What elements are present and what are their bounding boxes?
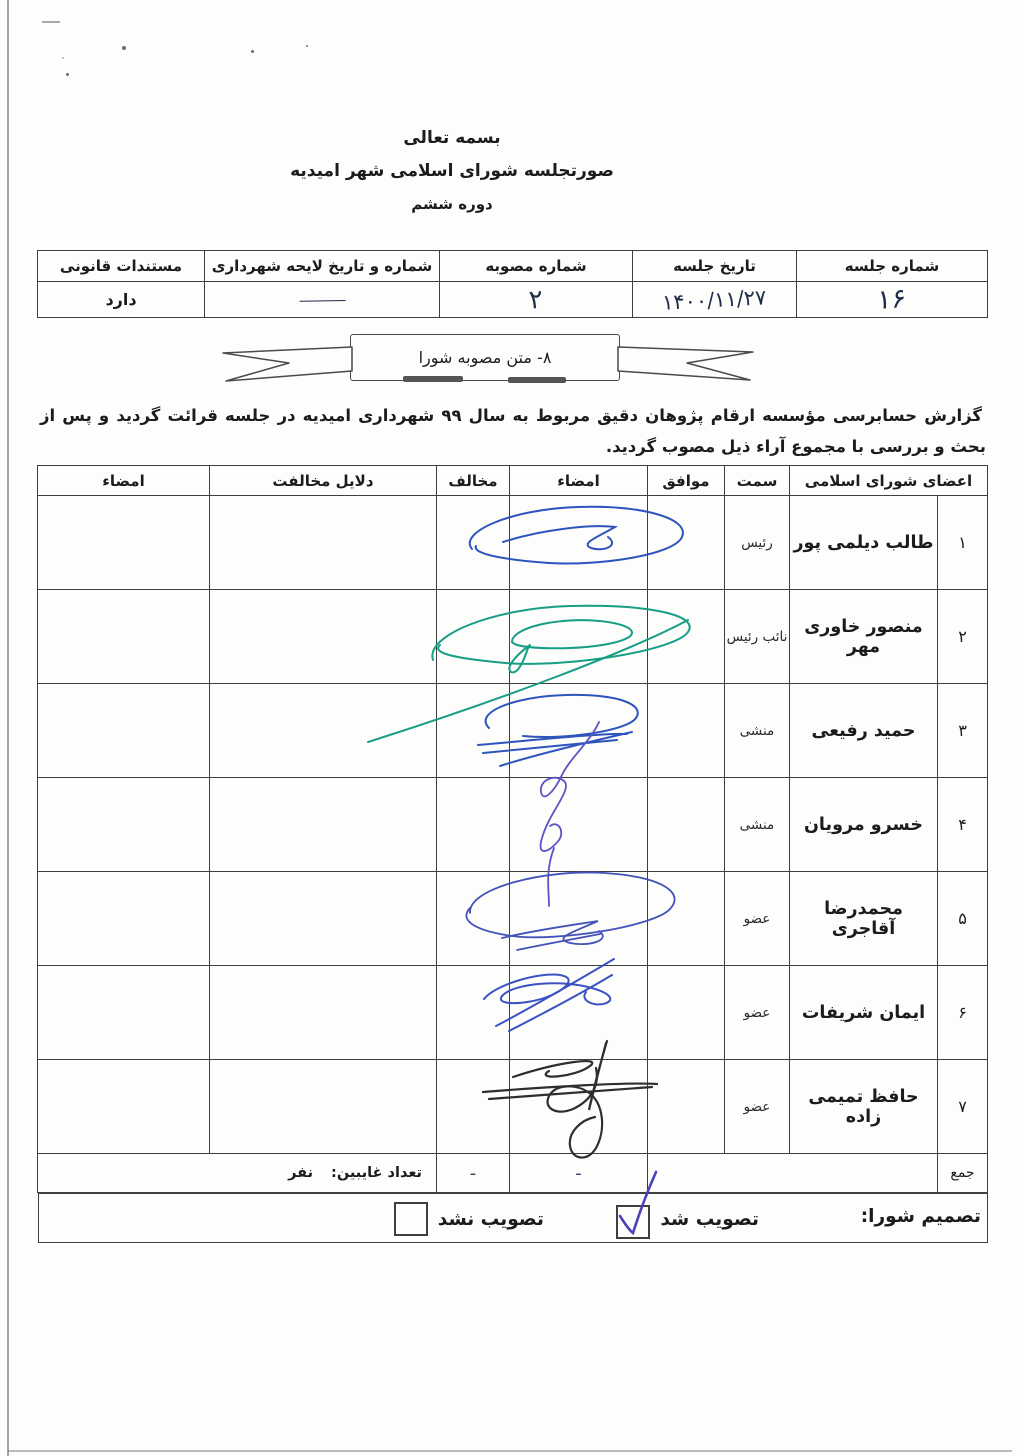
oppose-cell [436, 590, 509, 684]
vote-table-header-row: اعضای شورای اسلامی سمت موافق امضاء مخالف… [37, 466, 987, 496]
row-number: ۴ [938, 778, 988, 872]
signature-cell [509, 684, 647, 778]
oppose-reasons-column-header: دلایل مخالفت [209, 466, 436, 496]
total-oppose-cell: - [436, 1154, 509, 1193]
member-name: محمدرضا آقاجری [789, 872, 937, 966]
signature-cell [509, 778, 647, 872]
member-name: طالب دیلمی پور [789, 496, 937, 590]
oppose-signature-cell [37, 590, 209, 684]
session-number-header: شماره جلسه [797, 251, 988, 282]
rejected-label: تصویب نشد [438, 1209, 544, 1230]
total-row: جمع - - تعداد غایبین:نفر [37, 1154, 987, 1193]
bismillah-line: بسمه تعالی [0, 128, 904, 148]
row-number: ۷ [938, 1060, 988, 1154]
oppose-cell [436, 1060, 509, 1154]
member-name: حمید رفیعی [789, 684, 937, 778]
member-position: منشی [724, 684, 789, 778]
oppose-reasons-cell [209, 872, 436, 966]
resolution-text: گزارش حسابرسی مؤسسه ارقام پژوهان دقیق مر… [40, 400, 986, 462]
member-row-2: ۲ منصور خاوری مهر نائب رئیس [37, 590, 987, 684]
agree-cell [647, 496, 724, 590]
row-number: ۱ [938, 496, 988, 590]
legal-docs-value: دارد [38, 282, 205, 318]
legal-docs-header: مستندات قانونی [38, 251, 205, 282]
document-title: صورتجلسه شورای اسلامی شهر امیدیه [0, 161, 904, 181]
member-name: منصور خاوری مهر [789, 590, 937, 684]
rejected-checkbox [394, 1202, 428, 1236]
scan-bottom-edge [8, 1450, 1012, 1452]
scan-speck [66, 73, 69, 76]
absent-unit: نفر [288, 1165, 313, 1181]
row-number: ۵ [938, 872, 988, 966]
approved-label: تصویب شد [660, 1209, 759, 1230]
scan-speck [306, 45, 308, 47]
section-banner: ۸- متن مصوبه شورا [350, 334, 620, 381]
signature-cell [509, 966, 647, 1060]
session-number-value: ۱۶ [797, 282, 988, 318]
oppose-reasons-cell [209, 684, 436, 778]
oppose-column-header: مخالف [436, 466, 509, 496]
council-term: دوره ششم [0, 195, 904, 213]
member-name: خسرو مرویان [789, 778, 937, 872]
oppose-signature-cell [37, 778, 209, 872]
absent-count-cell: تعداد غایبین:نفر [37, 1154, 436, 1193]
members-column-header: اعضای شورای اسلامی [789, 466, 987, 496]
agree-cell [647, 1060, 724, 1154]
total-empty-cell [647, 1154, 937, 1193]
oppose-signature-cell [37, 684, 209, 778]
approved-checkbox [616, 1205, 650, 1239]
oppose-cell [436, 684, 509, 778]
agree-cell [647, 590, 724, 684]
agree-cell [647, 778, 724, 872]
row-number: ۶ [938, 966, 988, 1060]
oppose-signature-cell [37, 872, 209, 966]
signature-column-header: امضاء [509, 466, 647, 496]
absent-label: تعداد غایبین: [331, 1165, 422, 1181]
bill-number-value: — [205, 282, 440, 318]
session-date-value: ۱۴۰۰/۱۱/۲۷ [633, 282, 797, 318]
agree-cell [647, 966, 724, 1060]
member-position: نائب رئیس [724, 590, 789, 684]
document-header: بسمه تعالی صورتجلسه شورای اسلامی شهر امی… [0, 128, 904, 213]
scan-speck [62, 57, 64, 59]
scan-speck [42, 21, 60, 23]
oppose-cell [436, 966, 509, 1060]
signature-cell [509, 1060, 647, 1154]
oppose-reasons-cell [209, 590, 436, 684]
member-position: رئیس [724, 496, 789, 590]
bill-number-header: شماره و تاریخ لایحه شهرداری [205, 251, 440, 282]
scan-left-edge [7, 0, 9, 1456]
total-signature-cell: - [509, 1154, 647, 1193]
member-row-7: ۷ حافظ تمیمی زاده عضو [37, 1060, 987, 1154]
agree-cell [647, 872, 724, 966]
resolution-number-value: ۲ [440, 282, 633, 318]
approved-option: تصویب شد [616, 1194, 759, 1244]
oppose-signature-column-header: امضاء [37, 466, 209, 496]
oppose-reasons-cell [209, 966, 436, 1060]
oppose-signature-cell [37, 496, 209, 590]
agree-cell [647, 684, 724, 778]
oppose-cell [436, 778, 509, 872]
meta-value-row: ۱۶ ۱۴۰۰/۱۱/۲۷ ۲ — دارد [38, 282, 988, 318]
signature-cell [509, 590, 647, 684]
oppose-signature-cell [37, 1060, 209, 1154]
session-date-header: تاریخ جلسه [633, 251, 797, 282]
agree-column-header: موافق [647, 466, 724, 496]
signature-cell [509, 496, 647, 590]
signature-cell [509, 872, 647, 966]
section-banner-label: ۸- متن مصوبه شورا [419, 348, 552, 367]
member-row-1: ۱ طالب دیلمی پور رئیس [37, 496, 987, 590]
oppose-cell [436, 496, 509, 590]
member-row-3: ۳ حمید رفیعی منشی [37, 684, 987, 778]
oppose-reasons-cell [209, 1060, 436, 1154]
oppose-reasons-cell [209, 496, 436, 590]
member-position: منشی [724, 778, 789, 872]
ribbon-left-tail [223, 347, 352, 381]
member-row-6: ۶ ایمان شریفات عضو [37, 966, 987, 1060]
council-decision-box: تصمیم شورا: تصویب شد تصویب نشد [38, 1193, 988, 1243]
oppose-reasons-cell [209, 778, 436, 872]
resolution-number-header: شماره مصوبه [440, 251, 633, 282]
scan-speck [251, 50, 254, 53]
member-name: ایمان شریفات [789, 966, 937, 1060]
member-row-4: ۴ خسرو مرویان منشی [37, 778, 987, 872]
member-position: عضو [724, 1060, 789, 1154]
member-position: عضو [724, 966, 789, 1060]
meta-header-row: شماره جلسه تاریخ جلسه شماره مصوبه شماره … [38, 251, 988, 282]
session-meta-table: شماره جلسه تاریخ جلسه شماره مصوبه شماره … [37, 250, 988, 318]
position-column-header: سمت [724, 466, 789, 496]
total-label: جمع [938, 1154, 988, 1193]
members-vote-table: اعضای شورای اسلامی سمت موافق امضاء مخالف… [37, 465, 988, 1193]
scanned-council-minutes-page: بسمه تعالی صورتجلسه شورای اسلامی شهر امی… [0, 0, 1024, 1456]
row-number: ۲ [938, 590, 988, 684]
rejected-option: تصویب نشد [394, 1194, 544, 1244]
row-number: ۳ [938, 684, 988, 778]
member-name: حافظ تمیمی زاده [789, 1060, 937, 1154]
decision-label: تصمیم شورا: [861, 1206, 981, 1227]
oppose-cell [436, 872, 509, 966]
member-position: عضو [724, 872, 789, 966]
scan-speck [122, 46, 126, 50]
oppose-signature-cell [37, 966, 209, 1060]
ribbon-right-tail [618, 347, 753, 380]
member-row-5: ۵ محمدرضا آقاجری عضو [37, 872, 987, 966]
